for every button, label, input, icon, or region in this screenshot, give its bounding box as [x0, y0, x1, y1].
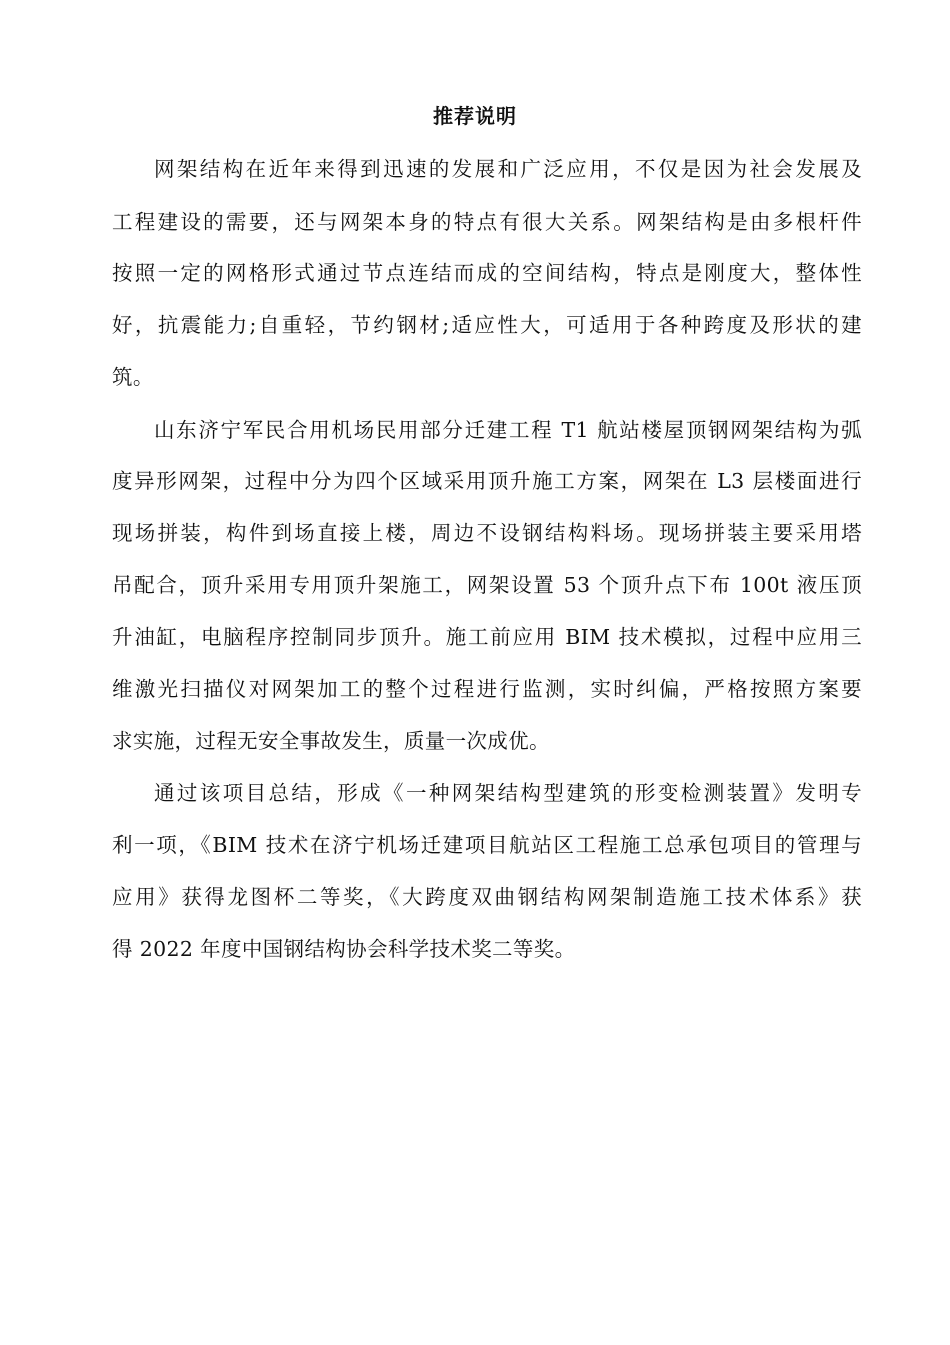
paragraph-line: 好，抗震能力;自重轻，节约钢材;适应性大，可适用于各种跨度及形状的建 [112, 310, 862, 340]
paragraph-line: 通过该项目总结，形成《一种网架结构型建筑的形变检测装置》发明专 [154, 778, 862, 808]
paragraph-line: 筑。 [112, 362, 862, 392]
paragraph-line: 应用》获得龙图杯二等奖，《大跨度双曲钢结构网架制造施工技术体系》获 [112, 882, 862, 912]
paragraph-line: 维激光扫描仪对网架加工的整个过程进行监测，实时纠偏，严格按照方案要 [112, 674, 862, 704]
paragraph-line: 现场拼装，构件到场直接上楼，周边不设钢结构料场。现场拼装主要采用塔 [112, 518, 862, 548]
paragraph-line: 求实施，过程无安全事故发生，质量一次成优。 [112, 726, 862, 756]
paragraph-line: 山东济宁军民合用机场民用部分迁建工程 T1 航站楼屋顶钢网架结构为弧 [154, 415, 862, 445]
paragraph-line: 度异形网架，过程中分为四个区域采用顶升施工方案，网架在 L3 层楼面进行 [112, 466, 862, 496]
document-page: 推荐说明 网架结构在近年来得到迅速的发展和广泛应用，不仅是因为社会发展及 工程建… [0, 0, 950, 1345]
paragraph-line: 网架结构在近年来得到迅速的发展和广泛应用，不仅是因为社会发展及 [154, 154, 862, 184]
paragraph-line: 得 2022 年度中国钢结构协会科学技术奖二等奖。 [112, 934, 862, 964]
document-title: 推荐说明 [0, 101, 950, 131]
paragraph-line: 利一项，《BIM 技术在济宁机场迁建项目航站区工程施工总承包项目的管理与 [112, 830, 862, 860]
paragraph-line: 吊配合，顶升采用专用顶升架施工，网架设置 53 个顶升点下布 100t 液压顶 [112, 570, 862, 600]
paragraph-line: 升油缸，电脑程序控制同步顶升。施工前应用 BIM 技术模拟，过程中应用三 [112, 622, 862, 652]
paragraph-line: 按照一定的网格形式通过节点连结而成的空间结构，特点是刚度大，整体性 [112, 258, 862, 288]
paragraph-line: 工程建设的需要，还与网架本身的特点有很大关系。网架结构是由多根杆件 [112, 207, 862, 237]
